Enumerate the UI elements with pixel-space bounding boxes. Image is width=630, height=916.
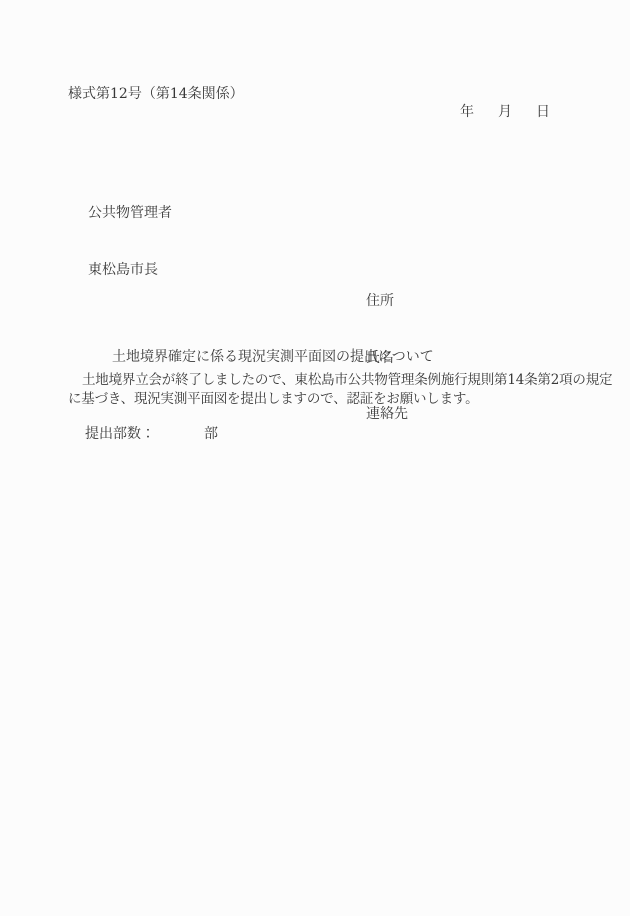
copies-unit-label: 部 <box>204 425 218 444</box>
date-line: 年 月 日 <box>460 103 550 122</box>
form-number: 様式第12号（第14条関係） <box>68 85 244 104</box>
copies-blank-field <box>155 437 204 438</box>
addressee-name: 東松島市長 <box>88 261 172 280</box>
body-text-line-1: 土地境界立会が終了しましたので、東松島市公共物管理条例施行規則第14条第2項の規… <box>82 371 612 390</box>
body-text-line-2: に基づき、現況実測平面図を提出しますので、認証をお願いします。 <box>68 390 478 409</box>
copies-label: 提出部数： <box>85 425 155 444</box>
date-year-label: 年 <box>460 103 474 122</box>
document-subject: 土地境界確定に係る現況実測平面図の提出について <box>112 348 434 367</box>
date-month-label: 月 <box>498 103 512 122</box>
applicant-address-label: 住所 <box>366 292 408 311</box>
date-day-label: 日 <box>536 103 550 122</box>
document-page: 様式第12号（第14条関係） 年 月 日 公共物管理者 東松島市長 住所 氏名 … <box>0 0 630 916</box>
addressee-block: 公共物管理者 東松島市長 <box>88 166 172 318</box>
copies-line: 提出部数： 部 <box>85 425 218 444</box>
addressee-role: 公共物管理者 <box>88 204 172 223</box>
